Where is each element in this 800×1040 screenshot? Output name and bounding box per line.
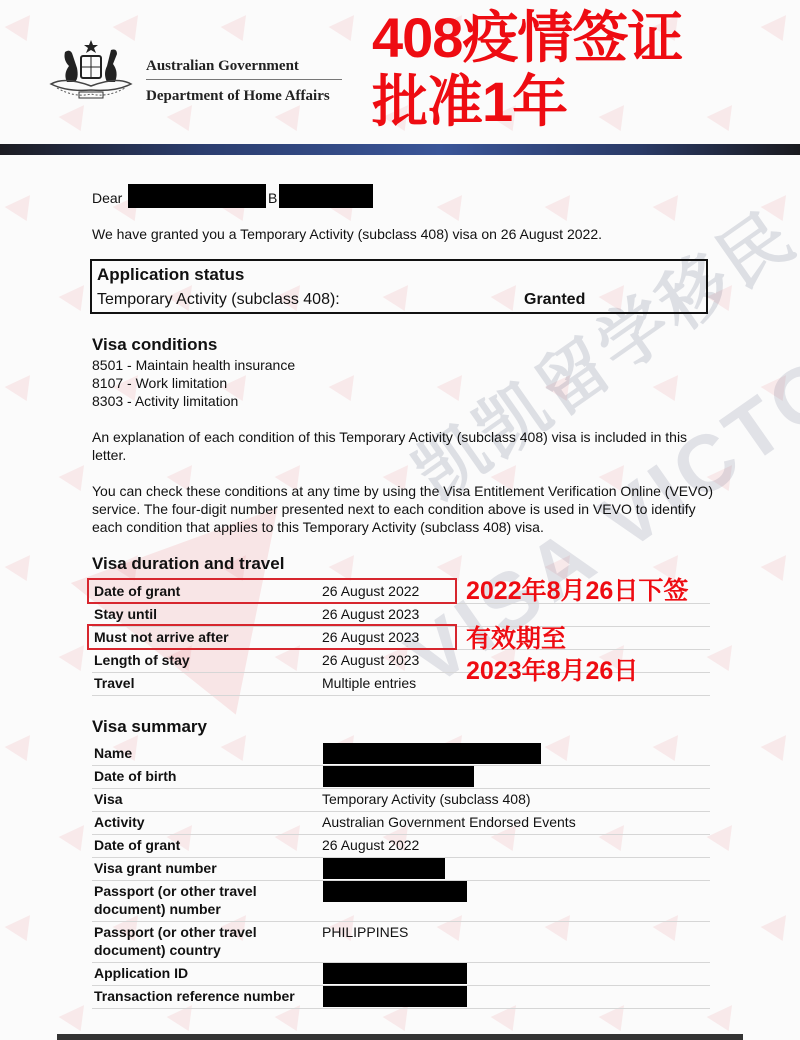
watermark-logo-icon (5, 735, 40, 767)
summary-label: Activity (94, 813, 314, 831)
letterhead-divider (146, 79, 342, 80)
coat-of-arms-icon (45, 38, 137, 104)
visa-conditions-title: Visa conditions (92, 335, 217, 355)
letterhead: Australian Government Department of Home… (0, 0, 800, 150)
visa-duration-title: Visa duration and travel (92, 554, 284, 574)
summary-row: Transaction reference number (92, 985, 710, 1009)
duration-label: Length of stay (94, 651, 190, 669)
summary-row: Application ID (92, 962, 710, 986)
summary-label: Visa grant number (94, 859, 314, 877)
summary-label: Date of birth (94, 767, 314, 785)
grant-intro: We have granted you a Temporary Activity… (92, 226, 602, 242)
redacted-given-name (128, 184, 266, 208)
duration-label: Travel (94, 674, 134, 692)
watermark-logo-icon (59, 465, 94, 497)
visa-summary-title: Visa summary (92, 717, 207, 737)
watermark-logo-icon (653, 375, 688, 407)
government-name: Australian Government (146, 58, 299, 75)
summary-label: Passport (or other travel document) coun… (94, 923, 314, 959)
watermark-logo-icon (5, 195, 40, 227)
salutation: Dear (92, 190, 122, 206)
duration-value: 26 August 2023 (322, 605, 419, 623)
condition-item: 8107 - Work limitation (92, 374, 295, 392)
watermark-logo-icon (707, 825, 742, 857)
summary-label: Name (94, 744, 314, 762)
watermark-logo-icon (545, 195, 580, 227)
summary-value: 26 August 2022 (322, 836, 419, 854)
department-name: Department of Home Affairs (146, 88, 330, 105)
summary-value: Australian Government Endorsed Events (322, 813, 576, 831)
watermark-logo-icon (329, 375, 364, 407)
summary-value: PHILIPPINES (322, 923, 408, 941)
application-status-label: Temporary Activity (subclass 408): (97, 291, 340, 309)
annotation-valid-until: 有效期至 (466, 624, 566, 654)
visa-conditions-list: 8501 - Maintain health insurance 8107 - … (92, 356, 295, 410)
duration-label: Stay until (94, 605, 157, 623)
summary-label: Application ID (94, 964, 314, 982)
name-initial: B (268, 190, 277, 206)
promo-title: 408疫情签证 批准1年 (372, 6, 682, 134)
watermark-logo-icon (5, 375, 40, 407)
watermark-logo-icon (761, 915, 796, 947)
summary-row: ActivityAustralian Government Endorsed E… (92, 811, 710, 835)
summary-row: VisaTemporary Activity (subclass 408) (92, 788, 710, 812)
application-status-value: Granted (524, 291, 585, 309)
application-status-title: Application status (97, 265, 244, 285)
watermark-logo-icon (707, 645, 742, 677)
promo-line-1: 408疫情签证 (372, 6, 682, 70)
watermark-logo-icon (167, 1005, 202, 1037)
promo-line-2: 批准1年 (372, 70, 682, 134)
annotation-grant-date: 2022年8月26日下签 (466, 576, 688, 606)
watermark-logo-icon (599, 1005, 634, 1037)
summary-label: Passport (or other travel document) numb… (94, 882, 314, 918)
redacted-value (323, 881, 467, 902)
watermark-logo-icon (437, 375, 472, 407)
watermark-logo-icon (707, 1005, 742, 1037)
watermark-logo-icon (761, 555, 796, 587)
watermark-logo-icon (761, 195, 796, 227)
watermark-logo-icon (5, 915, 40, 947)
watermark-logo-icon (761, 735, 796, 767)
header-band (0, 144, 800, 155)
redacted-value (323, 743, 541, 764)
summary-row: Date of grant26 August 2022 (92, 834, 710, 858)
highlight-must-not-arrive-after (87, 624, 457, 650)
summary-label: Transaction reference number (94, 987, 314, 1005)
highlight-date-of-grant (87, 578, 457, 604)
summary-row: Passport (or other travel document) numb… (92, 880, 710, 922)
watermark-logo-icon (761, 375, 796, 407)
footer-band (57, 1034, 743, 1040)
watermark-logo-icon (653, 195, 688, 227)
redacted-value (323, 963, 467, 984)
redacted-family-name (279, 184, 373, 208)
summary-row: Date of birth (92, 765, 710, 789)
summary-row: Passport (or other travel document) coun… (92, 921, 710, 963)
duration-value: 26 August 2023 (322, 651, 419, 669)
redacted-value (323, 858, 445, 879)
redacted-value (323, 766, 474, 787)
summary-label: Date of grant (94, 836, 314, 854)
vevo-explanation: You can check these conditions at any ti… (92, 482, 716, 536)
duration-value: Multiple entries (322, 674, 416, 692)
watermark-logo-icon (275, 1005, 310, 1037)
watermark-logo-icon (707, 285, 742, 317)
watermark-logo-icon (59, 285, 94, 317)
watermark-logo-icon (59, 1005, 94, 1037)
summary-label: Visa (94, 790, 314, 808)
watermark-logo-icon (437, 195, 472, 227)
conditions-explanation: An explanation of each condition of this… (92, 428, 712, 464)
annotation-valid-until-date: 2023年8月26日 (466, 656, 638, 686)
summary-row: Name (92, 742, 710, 766)
watermark-logo-icon (59, 825, 94, 857)
summary-row: Visa grant number (92, 857, 710, 881)
watermark-logo-icon (383, 1005, 418, 1037)
salutation-word: Dear (92, 190, 122, 206)
application-status-box: Application status Temporary Activity (s… (90, 259, 708, 314)
watermark-logo-icon (491, 1005, 526, 1037)
condition-item: 8303 - Activity limitation (92, 392, 295, 410)
watermark-logo-icon (545, 375, 580, 407)
condition-item: 8501 - Maintain health insurance (92, 356, 295, 374)
summary-value: Temporary Activity (subclass 408) (322, 790, 531, 808)
redacted-value (323, 986, 467, 1007)
watermark-logo-icon (5, 555, 40, 587)
